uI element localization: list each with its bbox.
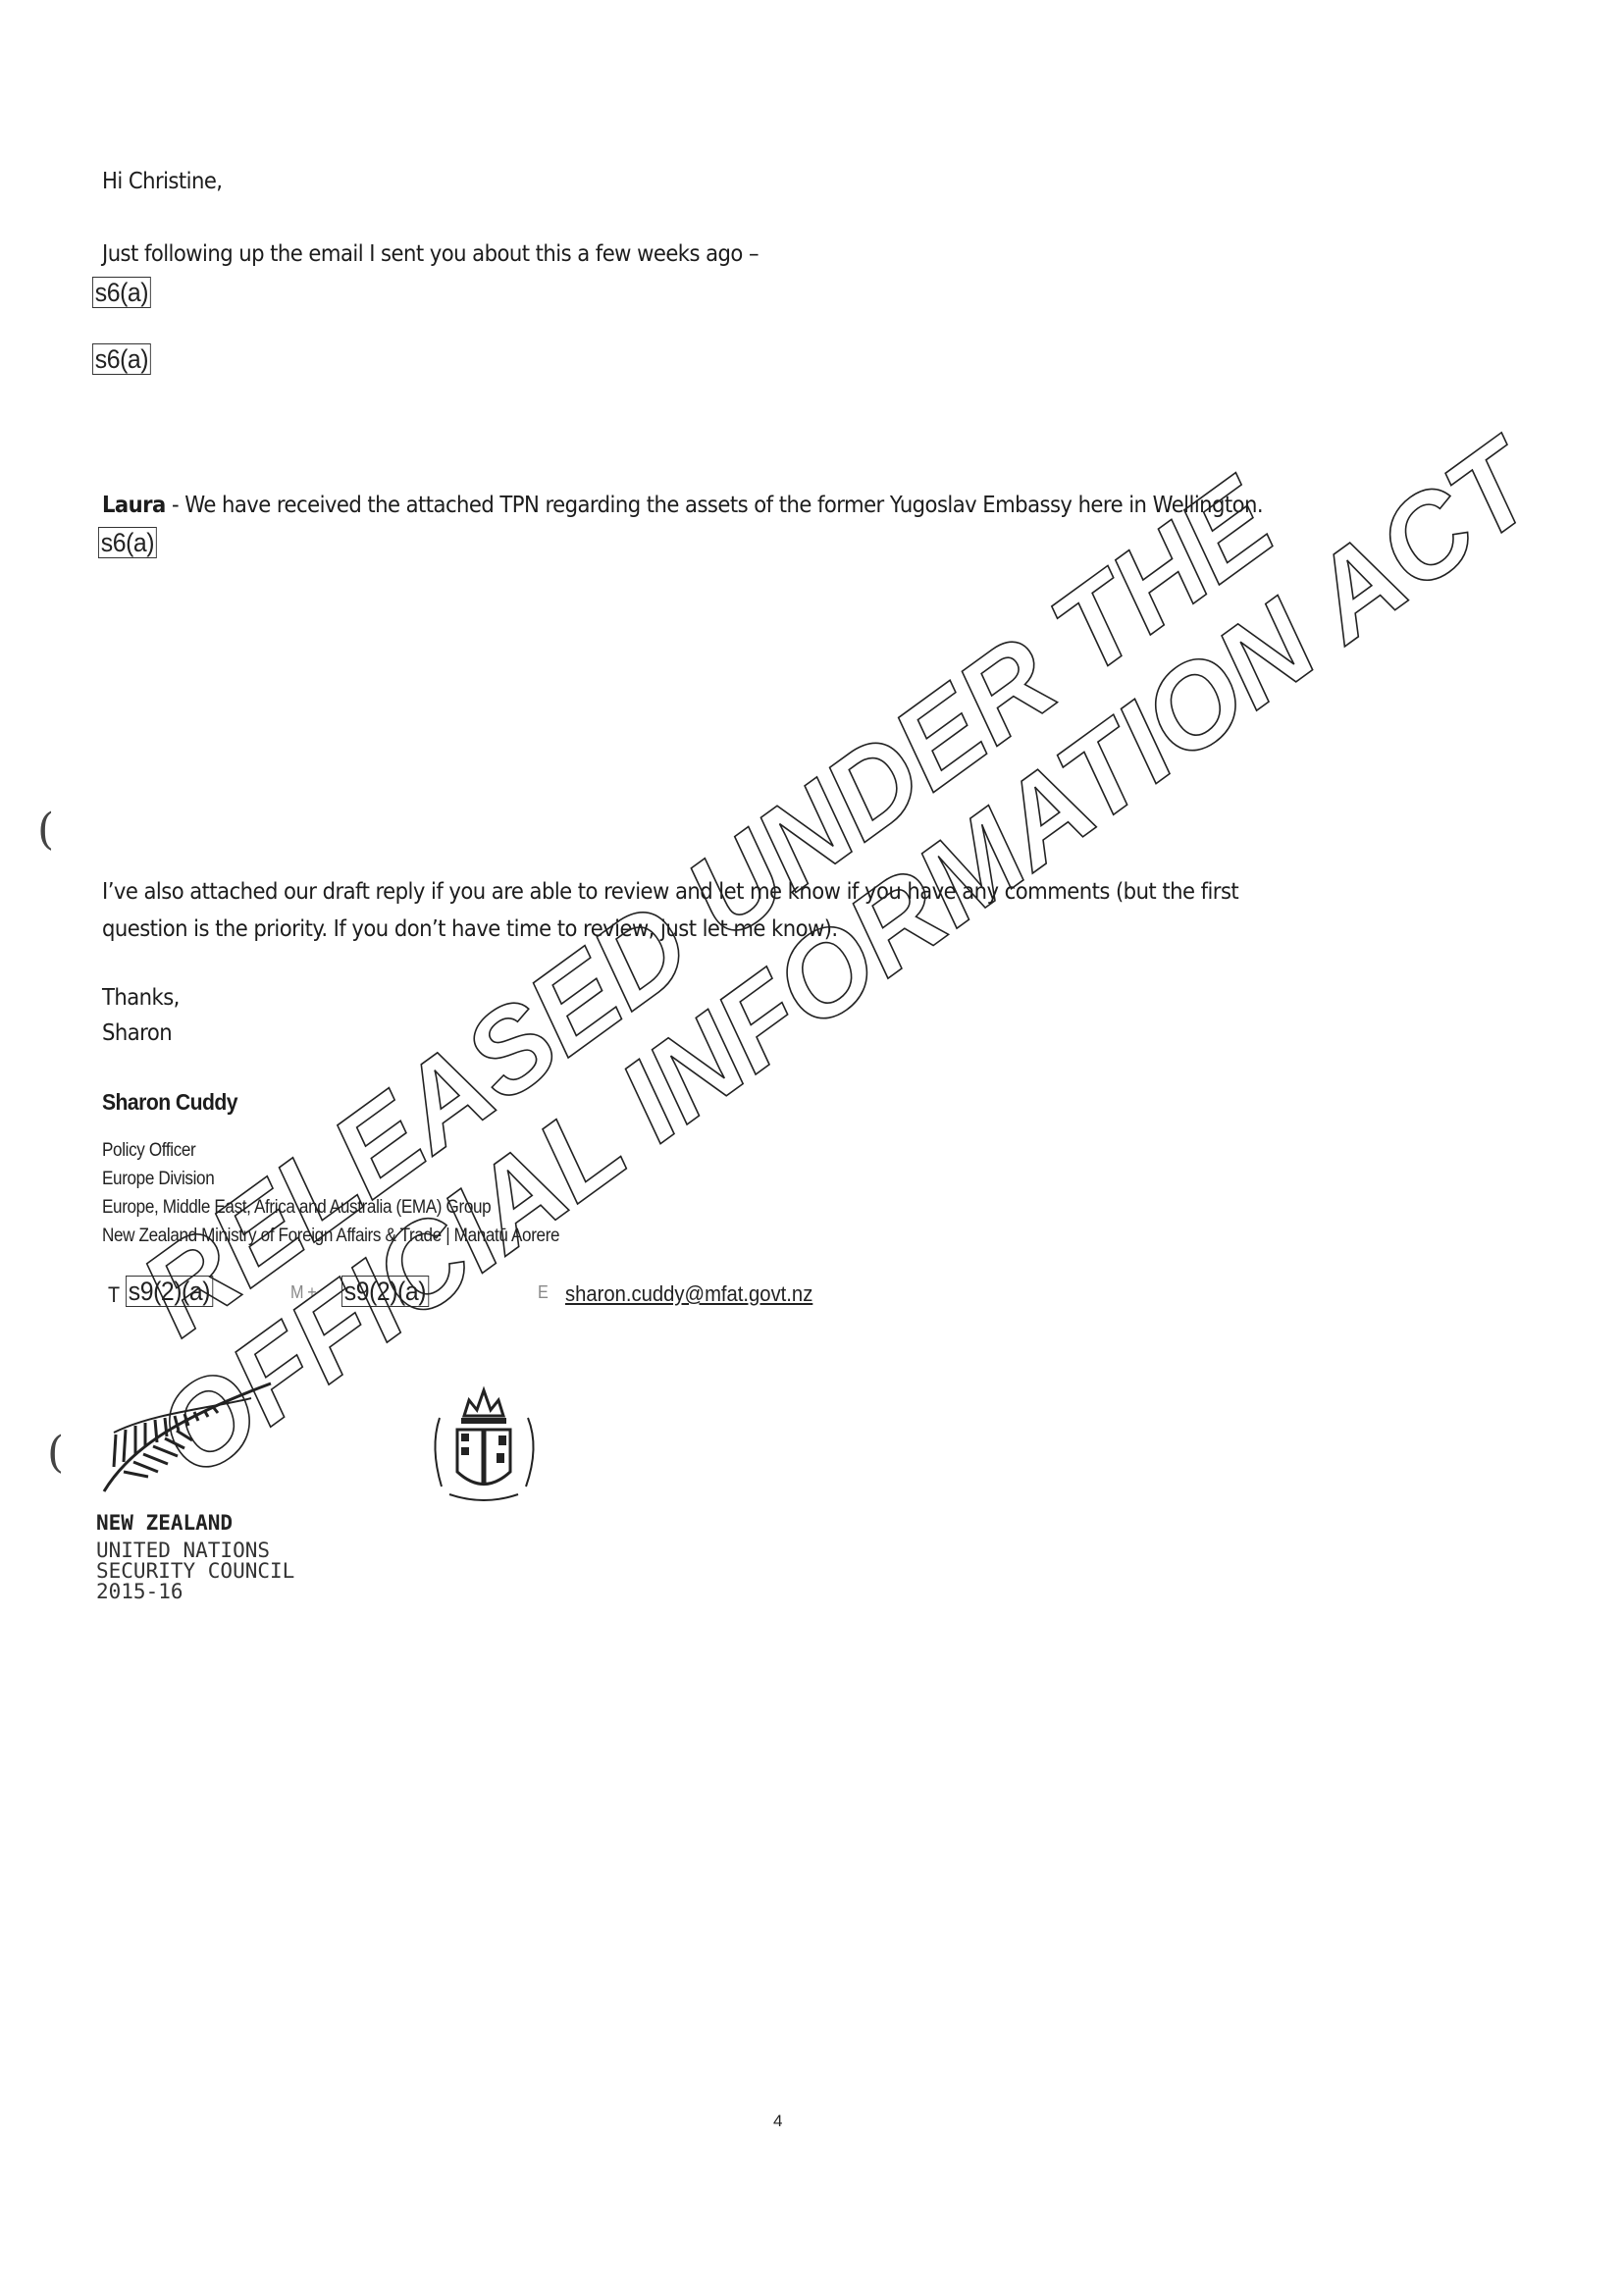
logo-line-3: 2015-16	[96, 1582, 183, 1601]
page-number: 4	[773, 2112, 782, 2131]
hole-punch-mark: (	[47, 1428, 64, 1478]
signature-division: Europe Division	[102, 1169, 214, 1190]
sender-first-name: Sharon	[102, 1020, 172, 1046]
signature-name: Sharon Cuddy	[102, 1089, 237, 1116]
laura-text: - We have received the attached TPN rega…	[166, 493, 1263, 518]
logo-line-1: UNITED NATIONS	[96, 1540, 270, 1560]
laura-paragraph: Laura - We have received the attached TP…	[102, 493, 1263, 518]
redaction-box: s6(a)	[92, 343, 151, 375]
redaction-box: s6(a)	[92, 277, 151, 308]
document-page: ( ( Hi Christine, Just following up the …	[0, 0, 1623, 2296]
draft-reply-line-1: I’ve also attached our draft reply if yo…	[102, 879, 1238, 905]
redaction-box: s6(a)	[98, 527, 157, 558]
signature-title: Policy Officer	[102, 1140, 195, 1162]
signature-group: Europe, Middle East, Africa and Australi…	[102, 1197, 491, 1219]
silver-fern-icon	[94, 1374, 290, 1501]
closing: Thanks,	[102, 985, 180, 1011]
phone-redaction: s9(2)(a)	[126, 1276, 213, 1307]
logo-line-2: SECURITY COUNCIL	[96, 1561, 294, 1581]
nz-coat-of-arms-icon	[410, 1379, 557, 1511]
hole-punch-mark: (	[37, 805, 54, 855]
draft-reply-line-2: question is the priority. If you don’t h…	[102, 916, 838, 942]
mobile-label: M +	[290, 1282, 316, 1303]
email-label: E	[538, 1282, 548, 1303]
phone-label: T	[108, 1282, 120, 1308]
signature-ministry: New Zealand Ministry of Foreign Affairs …	[102, 1226, 559, 1247]
email-link[interactable]: sharon.cuddy@mfat.govt.nz	[565, 1281, 812, 1307]
greeting: Hi Christine,	[102, 169, 222, 194]
laura-name: Laura	[102, 493, 166, 518]
logo-title: NEW ZEALAND	[96, 1511, 233, 1535]
mobile-redaction: s9(2)(a)	[341, 1276, 429, 1307]
watermark-line-2: OFFICIAL INFORMATION ACT	[131, 416, 1558, 1504]
follow-up-line: Just following up the email I sent you a…	[102, 241, 759, 267]
